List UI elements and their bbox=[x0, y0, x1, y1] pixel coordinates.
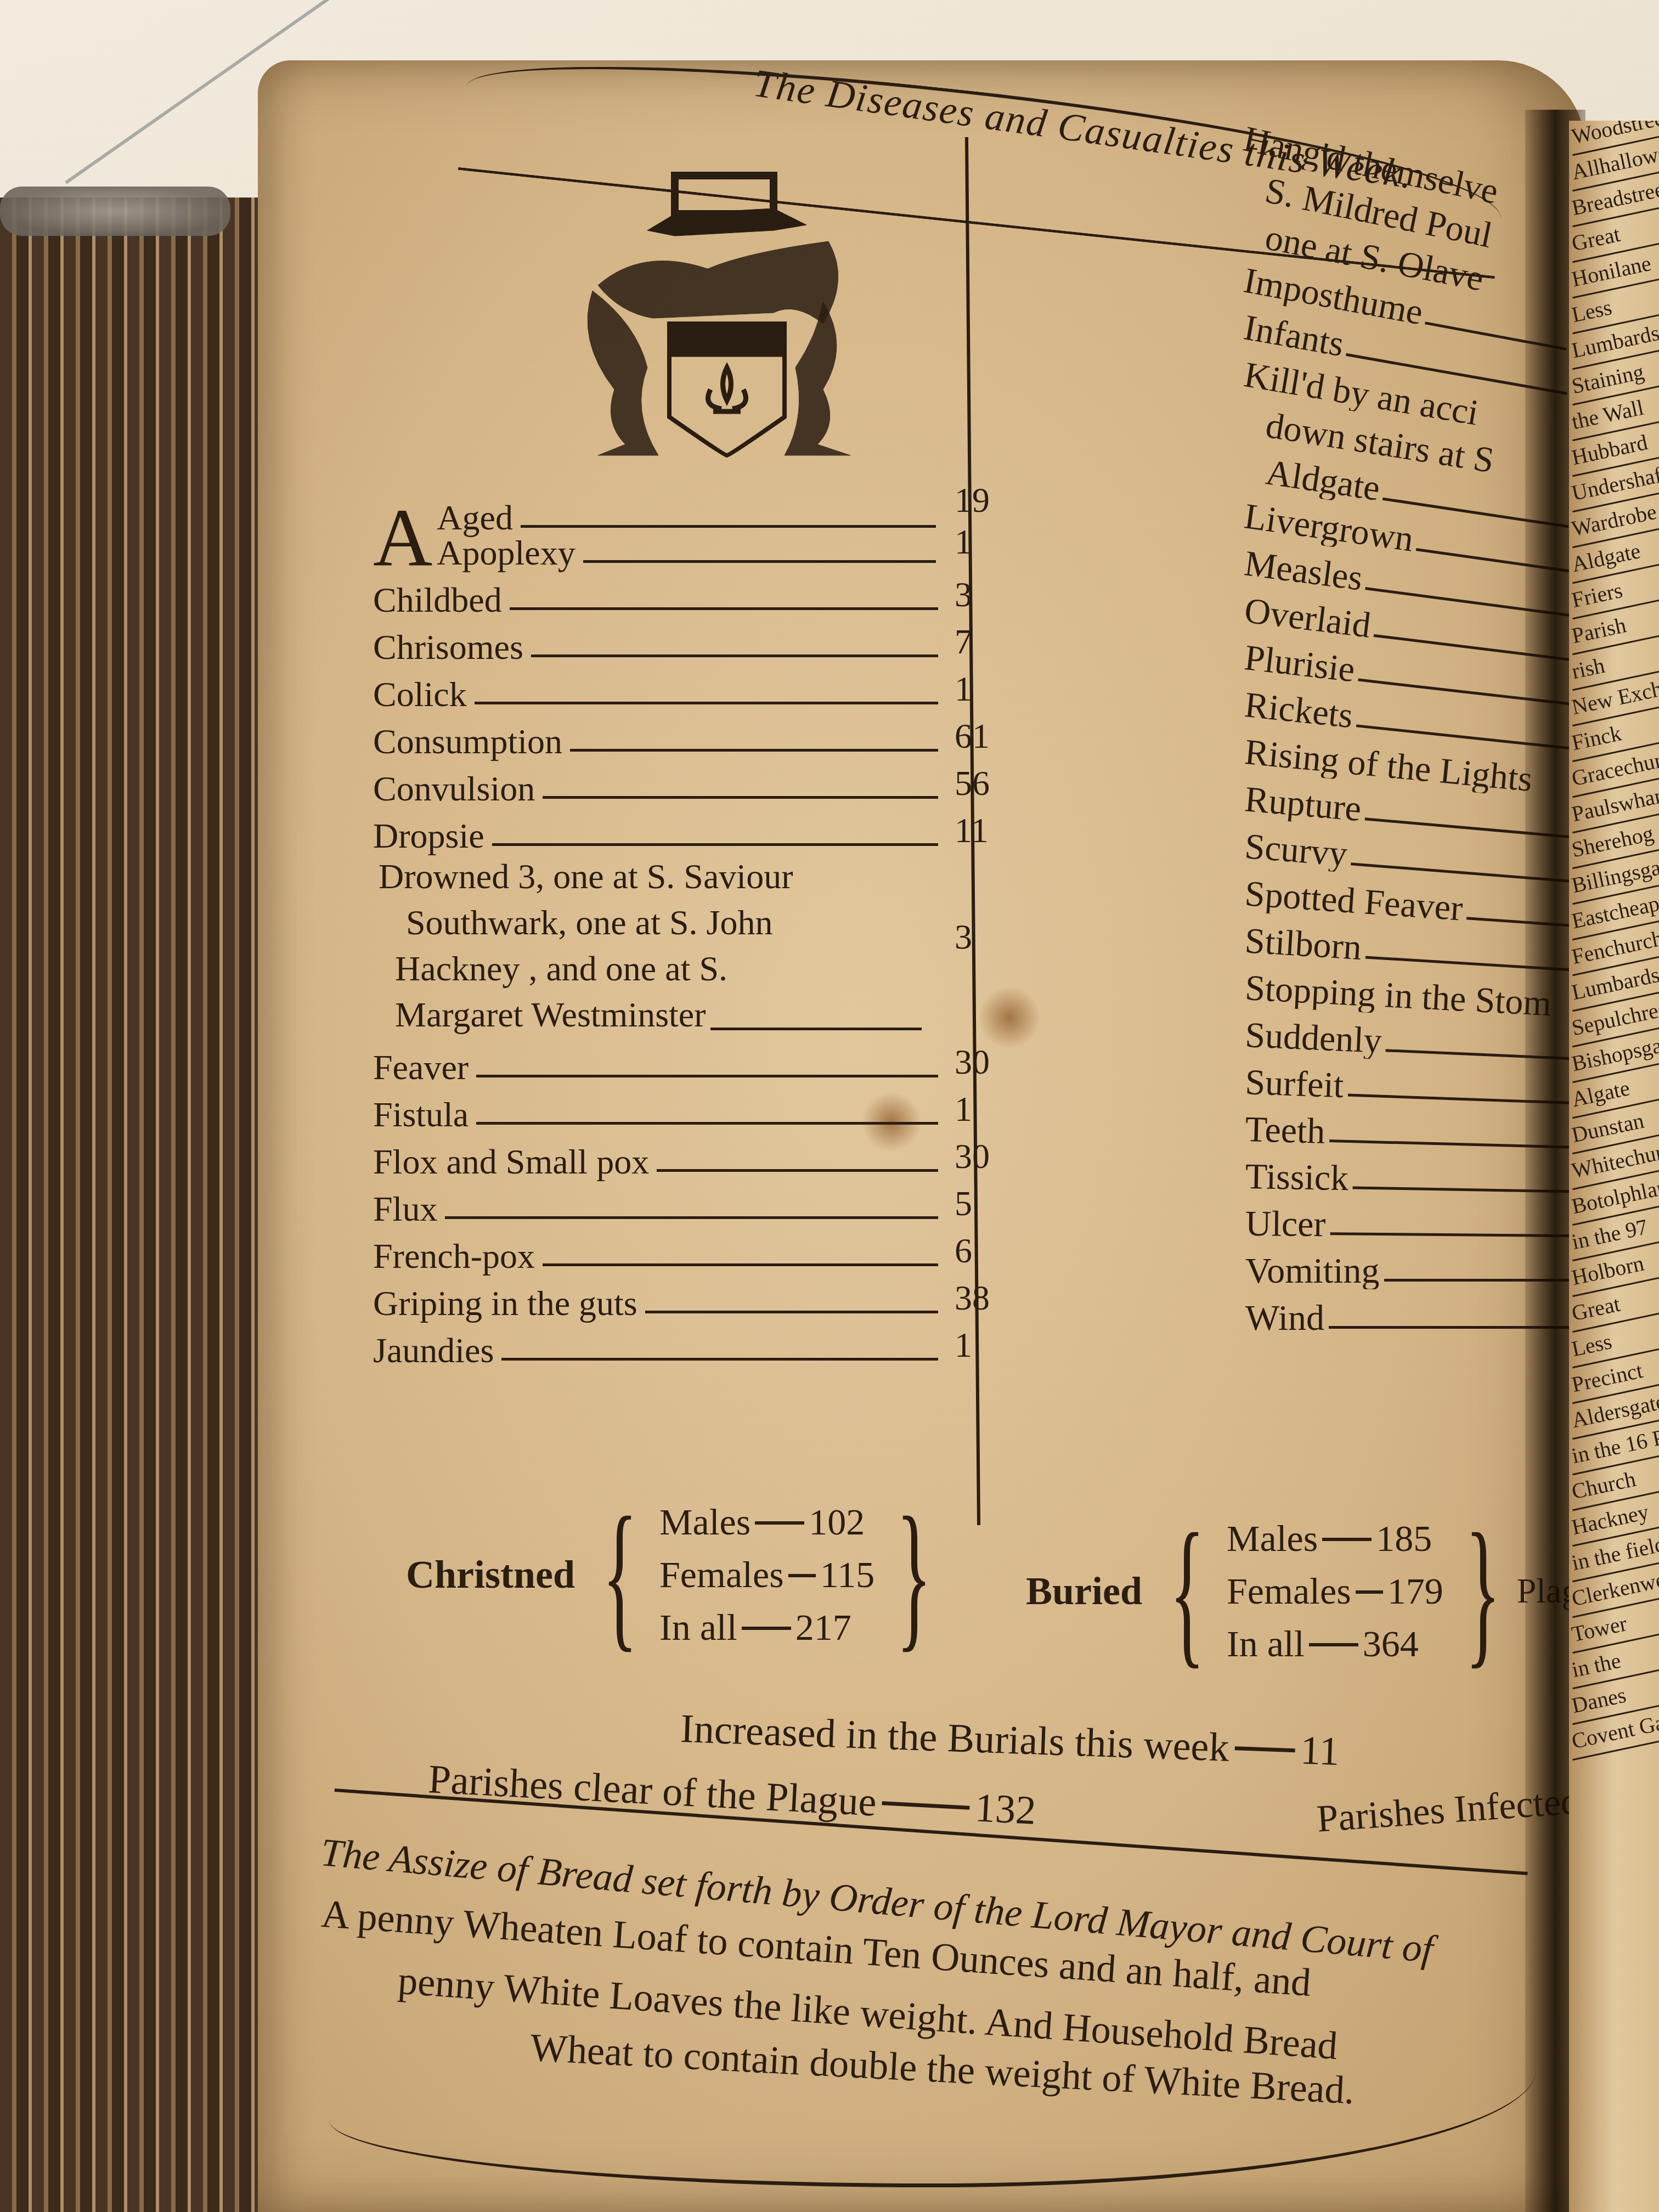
value: 115 bbox=[820, 1554, 874, 1595]
dash bbox=[882, 1801, 969, 1809]
dash bbox=[1322, 1538, 1372, 1541]
drowned-entry: Drowned 3, one at S. Saviour Southwark, … bbox=[373, 854, 927, 1038]
coat-of-arms-icon bbox=[565, 159, 861, 466]
leader-line bbox=[510, 607, 938, 610]
drop-cap: A bbox=[373, 505, 432, 571]
entry-label: Feaver bbox=[373, 1050, 469, 1085]
christened-lines: Males102 Females115 In all217 bbox=[659, 1496, 874, 1654]
entry-label: Fistula bbox=[373, 1097, 469, 1132]
stacked-entries: Aged Apoplexy bbox=[437, 500, 941, 571]
entry-count: 30 bbox=[955, 1139, 990, 1174]
christened-title: Christned bbox=[406, 1552, 575, 1598]
entry-row: A Aged Apoplexy 19 1 bbox=[373, 483, 1086, 571]
entry-label: Vomiting bbox=[1245, 1253, 1380, 1289]
christened-females: Females115 bbox=[659, 1548, 874, 1601]
value: 364 bbox=[1363, 1623, 1419, 1664]
buried-females: Females179 bbox=[1227, 1565, 1443, 1617]
entry-label: Dropsie bbox=[373, 819, 484, 854]
increase-value: 11 bbox=[1300, 1728, 1340, 1774]
entry-count: 11 bbox=[955, 813, 989, 848]
entry-row: Childbed 3 bbox=[373, 571, 944, 618]
brace-left-icon: { bbox=[602, 1492, 638, 1657]
buried-title: Buried bbox=[1026, 1568, 1142, 1614]
entry-label: Flox and Small pox bbox=[373, 1144, 649, 1180]
dash bbox=[755, 1521, 804, 1525]
label: Females bbox=[659, 1554, 784, 1595]
entry-label: Apoplexy bbox=[437, 535, 575, 571]
dash bbox=[742, 1627, 791, 1630]
buried-males: Males185 bbox=[1227, 1512, 1443, 1565]
adjacent-page: WoodstreetAllhallows BarkinBreadstreetGr… bbox=[1569, 121, 1659, 2212]
buried-lines: Males185 Females179 In all364 bbox=[1227, 1512, 1443, 1670]
dash bbox=[1309, 1643, 1358, 1646]
label: Females bbox=[1227, 1570, 1351, 1612]
leader-line bbox=[492, 843, 938, 846]
brace-right-icon: } bbox=[1465, 1509, 1500, 1673]
leader-line bbox=[501, 1358, 938, 1361]
leader-line bbox=[645, 1311, 938, 1313]
christened-all: In all217 bbox=[659, 1601, 874, 1654]
entry-label: Griping in the guts bbox=[373, 1286, 637, 1321]
drowned-line: Drowned 3, one at S. Saviour bbox=[379, 854, 927, 900]
left-column: A Aged Apoplexy 19 1 Childbed 3 Chrisome… bbox=[373, 483, 1086, 1368]
entry-count: 1 bbox=[955, 524, 972, 560]
entry-label: Wind bbox=[1245, 1300, 1324, 1336]
leader-line bbox=[531, 654, 938, 657]
book-headband bbox=[0, 187, 230, 236]
label: Males bbox=[1227, 1517, 1318, 1559]
leader-line bbox=[543, 796, 938, 799]
entry-count: 7 bbox=[955, 624, 972, 659]
entry-label: Flux bbox=[373, 1192, 437, 1227]
leader-line bbox=[521, 525, 936, 528]
entry-label: Tissick bbox=[1245, 1159, 1348, 1197]
value: 185 bbox=[1376, 1517, 1432, 1559]
entry-row: Chrisomes 7 bbox=[373, 618, 944, 665]
entry-row: Dropsie 11 bbox=[373, 806, 944, 854]
entry-count: 19 bbox=[955, 483, 990, 518]
christened-block: Christned { Males102 Females115 In all21… bbox=[406, 1492, 953, 1657]
label: In all bbox=[659, 1606, 737, 1648]
entry-label: Convulsion bbox=[373, 771, 535, 806]
leader-line bbox=[476, 1075, 938, 1077]
entry-count: 3 bbox=[955, 577, 972, 612]
entry-count: 1 bbox=[955, 1328, 972, 1363]
christened-males: Males102 bbox=[659, 1496, 874, 1548]
entry-row: Flox and Small pox 30 bbox=[373, 1132, 944, 1180]
entry-row: Convulsion 56 bbox=[373, 759, 944, 806]
leader-line bbox=[710, 1028, 922, 1030]
value: 179 bbox=[1387, 1570, 1443, 1612]
drowned-line: Margaret Westminster bbox=[379, 992, 927, 1038]
drowned-line: Hackney , and one at S. bbox=[379, 946, 927, 992]
entry-row: Feaver 30 bbox=[373, 1038, 944, 1085]
entry-label: Consumption bbox=[373, 724, 562, 759]
leader-line bbox=[657, 1169, 938, 1172]
entry-row: Fistula 1 bbox=[373, 1085, 944, 1132]
brace-left-icon: { bbox=[1170, 1509, 1205, 1673]
entry-count: 1 bbox=[955, 672, 972, 707]
entry-count: 61 bbox=[955, 719, 990, 754]
entry-label: Chrisomes bbox=[373, 630, 523, 665]
entry-count: 30 bbox=[955, 1045, 990, 1080]
drowned-line-text: Margaret Westminster bbox=[395, 992, 706, 1038]
entry-label: Suddenly bbox=[1244, 1017, 1383, 1059]
entry-row: Colick 1 bbox=[373, 665, 944, 712]
value: 102 bbox=[809, 1501, 865, 1543]
label: Males bbox=[659, 1501, 751, 1543]
entry-label: Childbed bbox=[373, 583, 502, 618]
brace-right-icon: } bbox=[896, 1492, 932, 1657]
summary-section: Christned { Males102 Females115 In all21… bbox=[406, 1492, 1558, 1712]
entry-count: 56 bbox=[955, 766, 990, 801]
entry-label: Colick bbox=[373, 677, 467, 712]
dash bbox=[788, 1574, 816, 1577]
value: 217 bbox=[795, 1606, 851, 1648]
label: In all bbox=[1227, 1623, 1305, 1664]
leader-line bbox=[476, 1122, 938, 1125]
entry-row: Flux 5 bbox=[373, 1180, 944, 1227]
dash bbox=[1356, 1590, 1383, 1594]
entry-label: Ulcer bbox=[1245, 1206, 1326, 1243]
buried-all: In all364 bbox=[1227, 1617, 1443, 1670]
entry-row: Consumption 61 bbox=[373, 712, 944, 759]
leader-line bbox=[475, 702, 938, 704]
entry-count: 1 bbox=[955, 1092, 972, 1127]
entry-count: 6 bbox=[955, 1233, 972, 1268]
leader-line bbox=[570, 749, 938, 752]
entry-row: Griping in the guts 38 bbox=[373, 1274, 944, 1321]
drowned-line: Southwark, one at S. John bbox=[379, 900, 927, 946]
entry-label: Jaundies bbox=[373, 1333, 494, 1368]
entry-label: Teeth bbox=[1245, 1111, 1325, 1150]
leader-line bbox=[543, 1263, 938, 1266]
entry-count: 3 bbox=[955, 914, 972, 960]
dash bbox=[1234, 1746, 1295, 1752]
entry-label: Aged bbox=[437, 500, 513, 535]
leader-line bbox=[583, 560, 936, 563]
entry-count: 5 bbox=[955, 1186, 972, 1221]
leader-line bbox=[445, 1216, 938, 1219]
entry-row: Jaundies 1 bbox=[373, 1321, 944, 1368]
buried-block: Buried { Males185 Females179 In all364 }… bbox=[1026, 1509, 1612, 1673]
entry-row: French-pox 6 bbox=[373, 1227, 944, 1274]
entry-label: French-pox bbox=[373, 1239, 535, 1274]
entry-label: Surfeit bbox=[1244, 1064, 1344, 1104]
entry-count: 38 bbox=[955, 1280, 990, 1316]
